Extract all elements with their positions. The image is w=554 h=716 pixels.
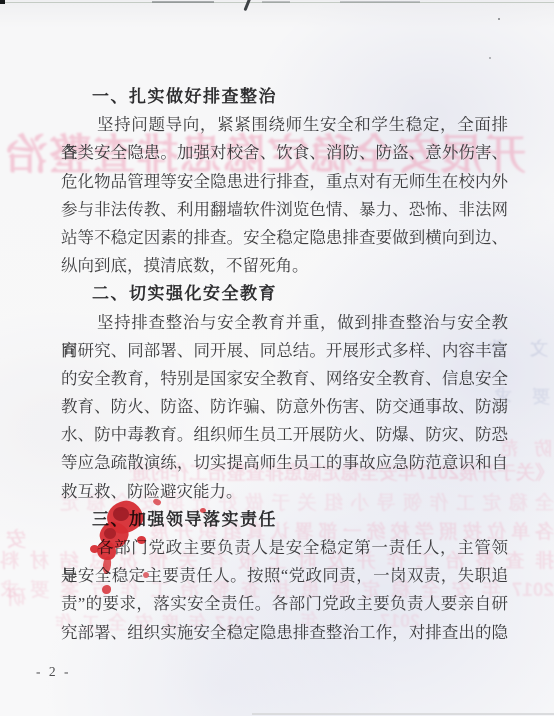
document-line: 教育、防火、防盗、防诈骗、防意外伤害、防交通事故、防溺 [61, 393, 508, 421]
document-line: 的安全教育，特别是国家安全教育、网络安全教育、信息安全 [61, 365, 508, 393]
document-line: 纵向到底，摸清底数，不留死角。 [61, 252, 508, 280]
dust-speck [498, 18, 500, 20]
document-line: 坚持问题导向，紧紧围绕师生安全和学生稳定，全面排查 [61, 111, 508, 139]
document-line: 等应急疏散演练，切实提高师生员工的事故应急防范意识和自 [61, 449, 508, 477]
document-line: 救互救、防险避灾能力。 [61, 478, 508, 506]
scan-edge-dash [262, 1, 290, 3]
document-line: 站等不稳定因素的排查。安全稳定隐患排查要做到横向到边、 [61, 224, 508, 252]
document-line: 责”的要求，落实安全责任。各部门党政主要负责人要亲自研 [61, 590, 508, 618]
scan-corner-mark [0, 0, 5, 4]
scan-edge-bottom-line [252, 713, 554, 715]
section-heading: 二、切实强化安全教育 [61, 280, 508, 308]
scanned-document-page: 开展安全稳定隐患排查整治 《关于开展2017年安全稳定隐患排查整治工作的通知》全… [0, 0, 554, 716]
document-line: 水、防中毒教育。组织师生员工开展防火、防爆、防灾、防恐 [61, 421, 508, 449]
document-line: 是安全稳定主要责任人。按照“党政同责，一岗双责，失职追 [61, 562, 508, 590]
document-line: 坚持排查整治与安全教育并重，做到排查整治与安全教育 [61, 309, 508, 337]
bleedthrough-row: 研 [2, 586, 26, 610]
document-body: 一、扎实做好排查整治坚持问题导向，紧紧围绕师生安全和学生稳定，全面排查各类安全隐… [61, 83, 508, 647]
page-number: - 2 - [36, 664, 71, 680]
document-line: 究部署、组织实施安全稳定隐患排查整治工作，对排查出的隐 [61, 619, 508, 647]
document-line: 危化物品管理等安全隐患进行排查，重点对有无师生在校内外 [61, 168, 508, 196]
document-line: 各类安全隐患。加强对校舍、饮食、消防、防盗、意外伤害、 [61, 139, 508, 167]
document-line: 各部门党政主要负责人是安全稳定第一责任人，主管领导 [61, 534, 508, 562]
scan-edge-dash [152, 1, 214, 3]
scan-edge-dash [340, 1, 420, 3]
bleedthrough-row: 安 [2, 528, 26, 552]
document-line: 参与非法传教、利用翻墙软件浏览色情、暴力、恐怖、非法网 [61, 196, 508, 224]
section-heading: 三、加强领导落实责任 [61, 506, 508, 534]
section-heading: 一、扎实做好排查整治 [61, 83, 508, 111]
document-line: 同研究、同部署、同开展、同总结。开展形式多样、内容丰富 [61, 337, 508, 365]
dust-speck [489, 57, 491, 59]
